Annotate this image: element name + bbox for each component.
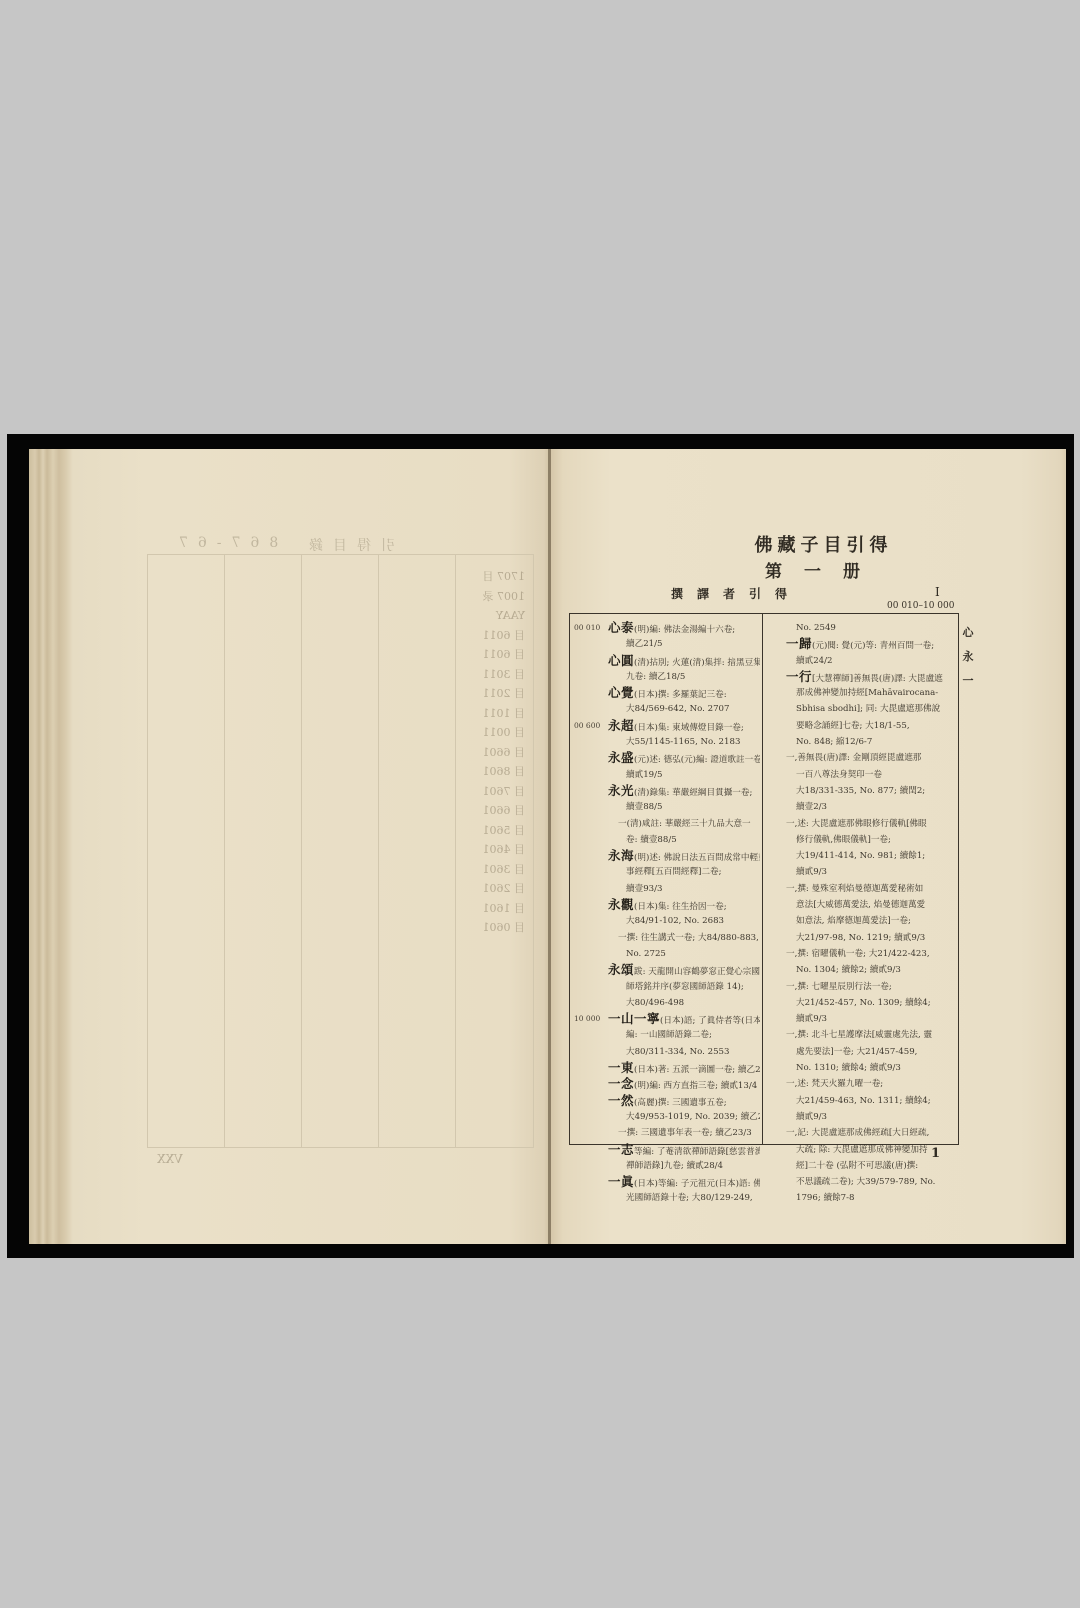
- ghost-list-item: 1007 录: [465, 587, 525, 607]
- entry-text: 一,撰: 北斗七星護摩法[威靈處先法, 靈: [786, 1030, 932, 1040]
- index-entry-line: 大84/569-642, No. 2707: [574, 701, 760, 717]
- index-entry-line: 那成佛神變加持經[Mahāvairocana-: [768, 685, 956, 701]
- entry-text: 處先要法]一卷; 大21/457-459,: [796, 1047, 917, 1057]
- side-thumb-index: 心 永 一: [956, 621, 980, 693]
- entry-text: 大21/97-98, No. 1219; 續貳9/3: [796, 933, 925, 943]
- index-entry-line: 00 600永超(日本)集: 東域傳燈目錄一卷;: [574, 718, 760, 734]
- index-entry-line: 一,撰: 北斗七星護摩法[威靈處先法, 靈: [768, 1027, 956, 1043]
- index-entry-line: 編: 一山國師語錄二卷;: [574, 1027, 760, 1043]
- entry-text: (日本)撰: 多羅葉記三卷:: [634, 690, 727, 700]
- entry-text: No. 1304; 續餘2; 續貳9/3: [796, 965, 901, 975]
- ghost-list-item: 目 5601: [465, 821, 525, 841]
- index-entry-line: 一,撰: 七曜星辰別行法一卷;: [768, 979, 956, 995]
- entry-text: 事經釋[五百問經釋]二卷;: [626, 867, 722, 877]
- index-entry-line: 續貳19/5: [574, 767, 760, 783]
- entry-headword: 一念: [608, 1076, 634, 1091]
- index-entry-line: No. 2725: [574, 946, 760, 962]
- entry-text: 續貳9/3: [796, 867, 827, 877]
- entry-text: 一,撰: 宿曜儀軌一卷; 大21/422-423,: [786, 949, 930, 959]
- entry-text: 修行儀軌,佛眼儀軌]一卷;: [796, 835, 891, 845]
- entry-text: 續壹2/3: [796, 802, 827, 812]
- entry-text: 大84/91-102, No. 2683: [626, 916, 724, 926]
- entry-headword: 永盛: [608, 750, 634, 765]
- entry-text: 不思議疏二卷); 大39/579-789, No.: [796, 1177, 935, 1187]
- entry-headword: 心泰: [608, 620, 634, 635]
- entry-text: Sbhisa sbodhi]; 同: 大毘盧遮那佛說: [796, 704, 940, 714]
- entry-text: 等編: 了菴清欲禪師語錄[慈雲普濟: [634, 1147, 760, 1157]
- index-entry-line: 00 010心泰(明)編: 佛法金湯編十六卷;: [574, 620, 760, 636]
- side-label-char: 一: [956, 669, 980, 693]
- index-entry-line: 一,撰: 宿曜儀軌一卷; 大21/422-423,: [768, 946, 956, 962]
- index-entry-line: No. 1310; 續餘4; 續貳9/3: [768, 1060, 956, 1076]
- ghost-list: 1707 目 1007 录 YAAY 目 6011 目 6011 目 3011 …: [465, 567, 525, 938]
- entry-code: 00 010: [574, 620, 600, 636]
- index-column-2: No. 2549一歸(元)閱: 覺(元)等: 青州百問一卷;續貳24/2一行[大…: [768, 620, 956, 1207]
- entry-text: 一百八尊法身契印一卷: [796, 770, 882, 780]
- index-entry-line: 一,記: 大毘盧遮那成佛經疏[大日經疏,: [768, 1125, 956, 1141]
- index-entry-line: 一行[大慧禪師]善無畏(唐)譯: 大毘盧遮: [768, 669, 956, 685]
- index-entry-line: 一志等編: 了菴清欲禪師語錄[慈雲普濟: [574, 1142, 760, 1158]
- right-page: 佛藏子目引得 第一册 撰譯者引得 I 00 010–10 000 00 010心…: [551, 449, 1066, 1244]
- index-entry-line: 一,述: 梵天火羅九曜一卷;: [768, 1076, 956, 1092]
- entry-headword: 永頌: [608, 962, 634, 977]
- index-entry-line: 一撰: 三國遺事年表一卷; 續乙23/3: [574, 1125, 760, 1141]
- index-entry-line: 續壹93/3: [574, 881, 760, 897]
- left-page: 867-67 引得目錄 1707 目 1007 录 YAAY 目 6011 目 …: [29, 449, 549, 1244]
- index-entry-line: 續乙21/5: [574, 636, 760, 652]
- entry-text: No. 848; 縮12/6-7: [796, 737, 872, 747]
- entry-text: 續乙21/5: [626, 639, 663, 649]
- entry-headword: 永光: [608, 783, 634, 798]
- entry-text: (日本)集: 東域傳燈目錄一卷;: [634, 723, 744, 733]
- index-entry-line: 續壹2/3: [768, 799, 956, 815]
- ghost-list-item: 目 6601: [465, 801, 525, 821]
- entry-text: 大84/569-642, No. 2707: [626, 704, 729, 714]
- index-entry-line: 卷: 續壹88/5: [574, 832, 760, 848]
- entry-text: 卷: 續壹88/5: [626, 835, 677, 845]
- index-entry-line: 意法[大威德萬愛法, 焰曼德迦萬愛: [768, 897, 956, 913]
- index-entry-line: Sbhisa sbodhi]; 同: 大毘盧遮那佛說: [768, 701, 956, 717]
- index-entry-line: 一百八尊法身契印一卷: [768, 767, 956, 783]
- entry-text: 一,述: 梵天火羅九曜一卷;: [786, 1079, 883, 1089]
- entry-text: (日本)著: 五派一滴圖一卷; 續乙20/4: [634, 1065, 760, 1075]
- entry-headword: 一眞: [608, 1174, 634, 1189]
- entry-text: 經]二十卷 (弘附不可思議(唐)撰:: [796, 1161, 918, 1171]
- ghost-list-item: 目 6011: [465, 645, 525, 665]
- index-entry-line: 永光(清)錄集: 華嚴經綱目貫攝一卷;: [574, 783, 760, 799]
- index-entry-line: 一,述: 大毘盧遮那佛眼修行儀軌[佛眼: [768, 816, 956, 832]
- entry-text: No. 1310; 續餘4; 續貳9/3: [796, 1063, 901, 1073]
- ghost-list-item: 目 2601: [465, 879, 525, 899]
- side-label-char: 心: [956, 621, 980, 645]
- ghost-list-item: 目 6011: [465, 626, 525, 646]
- entry-text: (日本)等編: 子元祖元(日本)語: 佛: [634, 1179, 760, 1189]
- entry-text: 九卷: 續乙18/5: [626, 672, 685, 682]
- ghost-list-item: 1707 目: [465, 567, 525, 587]
- index-entry-line: 10 000一山一寧(日本)語; 了眞侍者等(日本): [574, 1011, 760, 1027]
- entry-text: 續壹88/5: [626, 802, 663, 812]
- index-entry-line: 永頌跋: 天龍開山容鶴夢窓正覺心宗國: [574, 962, 760, 978]
- entry-headword: 一山一寧: [608, 1011, 660, 1026]
- ghost-header-center: 引得目錄: [299, 535, 395, 555]
- ghost-column-divider: [455, 555, 456, 1147]
- ghost-list-item: 目 8601: [465, 762, 525, 782]
- entry-text: 跋: 天龍開山容鶴夢窓正覺心宗國: [634, 967, 760, 977]
- index-entry-line: No. 1304; 續餘2; 續貳9/3: [768, 962, 956, 978]
- index-entry-line: 一眞(日本)等編: 子元祖元(日本)語: 佛: [574, 1174, 760, 1190]
- entry-headword: 一然: [608, 1093, 634, 1108]
- index-entry-line: 大80/496-498: [574, 995, 760, 1011]
- volume-label: 第一册: [551, 557, 1066, 582]
- entry-text: [大慧禪師]善無畏(唐)譯: 大毘盧遮: [812, 674, 943, 684]
- entry-text: 如意法, 焰摩德迦萬愛法]一卷;: [796, 916, 911, 926]
- index-entry-line: 續貳9/3: [768, 864, 956, 880]
- index-entry-line: 一念(明)編: 西方直指三卷; 續貳13/4: [574, 1076, 760, 1092]
- index-entry-line: 事經釋[五百問經釋]二卷;: [574, 864, 760, 880]
- entry-text: (元)閱: 覺(元)等: 青州百問一卷;: [812, 641, 934, 651]
- entry-text: 一,述: 大毘盧遮那佛眼修行儀軌[佛眼: [786, 819, 927, 829]
- entry-text: (日本)集: 往生拾因一卷;: [634, 902, 727, 912]
- index-entry-line: 大18/331-335, No. 877; 續閏2;: [768, 783, 956, 799]
- entry-headword: 永觀: [608, 897, 634, 912]
- index-entry-line: 一然(高麗)撰: 三國遺事五卷;: [574, 1093, 760, 1109]
- entry-text: 大19/411-414, No. 981; 續餘1;: [796, 851, 925, 861]
- index-entry-line: No. 2549: [768, 620, 956, 636]
- scan-frame: 867-67 引得目錄 1707 目 1007 录 YAAY 目 6011 目 …: [7, 434, 1074, 1258]
- ghost-list-item: 目 1011: [465, 704, 525, 724]
- index-entry-line: 心圓(清)拈別; 火蓮(清)集拌: 揞黑豆集: [574, 653, 760, 669]
- index-entry-line: 大55/1145-1165, No. 2183: [574, 734, 760, 750]
- entry-code: 00 600: [574, 718, 600, 734]
- index-entry-line: 續貳9/3: [768, 1109, 956, 1125]
- index-table: 00 010心泰(明)編: 佛法金湯編十六卷;續乙21/5心圓(清)拈別; 火蓮…: [569, 613, 959, 1145]
- entry-text: No. 2725: [626, 949, 666, 959]
- index-entry-line: 永海(明)述: 佛說日法五百問成常中輕重: [574, 848, 760, 864]
- ghost-list-item: 目 6601: [465, 743, 525, 763]
- ghost-list-item: 目 4601: [465, 840, 525, 860]
- index-entry-line: 九卷: 續乙18/5: [574, 669, 760, 685]
- entry-text: 那成佛神變加持經[Mahāvairocana-: [796, 688, 938, 698]
- entry-text: (明)述: 佛說日法五百問成常中輕重: [634, 853, 760, 863]
- ghost-list-item: YAAY: [465, 606, 525, 626]
- entry-text: (清)錄集: 華嚴經綱目貫攝一卷;: [634, 788, 752, 798]
- ghost-list-item: 目 0011: [465, 723, 525, 743]
- entry-text: 一撰: 往生講式一卷; 大84/880-883,: [618, 933, 759, 943]
- index-entry-line: 禪師語錄]九卷; 續貳28/4: [574, 1158, 760, 1174]
- entry-text: 大疏; 除: 大毘盧遮那成佛神變加持: [796, 1145, 928, 1155]
- entry-text: 續貳9/3: [796, 1112, 827, 1122]
- ghost-footer: VXX: [157, 1152, 183, 1166]
- ghost-list-item: 目 3601: [465, 860, 525, 880]
- entry-text: 一撰: 三國遺事年表一卷; 續乙23/3: [618, 1128, 752, 1138]
- entry-text: 師塔銘并序(夢窓國師語錄 14);: [626, 982, 744, 992]
- index-entry-line: 一東(日本)著: 五派一滴圖一卷; 續乙20/4: [574, 1060, 760, 1076]
- entry-text: 要略念誦經]七卷; 大18/1-55,: [796, 721, 910, 731]
- index-entry-line: 大80/311-334, No. 2553: [574, 1044, 760, 1060]
- index-entry-line: 永觀(日本)集: 往生拾因一卷;: [574, 897, 760, 913]
- entry-text: 大49/953-1019, No. 2039; 續乙23/3: [626, 1112, 760, 1122]
- entry-text: (明)編: 西方直指三卷; 續貳13/4: [634, 1081, 757, 1091]
- index-entry-line: 永盛(元)述: 德弘(元)編: 證道歌註一卷;: [574, 750, 760, 766]
- index-entry-line: 大19/411-414, No. 981; 續餘1;: [768, 848, 956, 864]
- entry-headword: 一志: [608, 1142, 634, 1157]
- index-entry-line: 一撰: 往生講式一卷; 大84/880-883,: [574, 930, 760, 946]
- entry-text: 續貳19/5: [626, 770, 663, 780]
- entry-headword: 永海: [608, 848, 634, 863]
- index-entry-line: 續壹88/5: [574, 799, 760, 815]
- entry-text: 意法[大威德萬愛法, 焰曼德迦萬愛: [796, 900, 925, 910]
- ghost-list-item: 目 7601: [465, 782, 525, 802]
- index-entry-line: 要略念誦經]七卷; 大18/1-55,: [768, 718, 956, 734]
- index-entry-line: 不思議疏二卷); 大39/579-789, No.: [768, 1174, 956, 1190]
- index-entry-line: 大疏; 除: 大毘盧遮那成佛神變加持: [768, 1142, 956, 1158]
- index-entry-line: 光國師語錄十卷; 大80/129-249,: [574, 1190, 760, 1206]
- index-entry-line: 大84/91-102, No. 2683: [574, 913, 760, 929]
- entry-text: (高麗)撰: 三國遺事五卷;: [634, 1098, 727, 1108]
- entry-text: 大21/452-457, No. 1309; 續餘4;: [796, 998, 931, 1008]
- index-entry-line: 一(清)咸註: 華嚴經三十九品大意一: [574, 816, 760, 832]
- entry-text: 一,撰: 曼殊室利焰曼德迦萬愛秘術如: [786, 884, 923, 894]
- ghost-header-left: 867-67: [169, 535, 278, 551]
- ghost-list-item: 目 0601: [465, 918, 525, 938]
- index-column-1: 00 010心泰(明)編: 佛法金湯編十六卷;續乙21/5心圓(清)拈別; 火蓮…: [574, 620, 760, 1207]
- entry-text: 續壹93/3: [626, 884, 663, 894]
- entry-text: (元)述: 德弘(元)編: 證道歌註一卷;: [634, 755, 760, 765]
- ghost-column-divider: [301, 555, 302, 1147]
- entry-text: 一,記: 大毘盧遮那成佛經疏[大日經疏,: [786, 1128, 929, 1138]
- entry-headword: 一行: [786, 669, 812, 684]
- entry-range: 00 010–10 000: [887, 601, 954, 611]
- ghost-column-divider: [378, 555, 379, 1147]
- index-entry-line: 一歸(元)閱: 覺(元)等: 青州百問一卷;: [768, 636, 956, 652]
- index-entry-line: 經]二十卷 (弘附不可思議(唐)撰:: [768, 1158, 956, 1174]
- index-entry-line: 一,撰: 曼殊室利焰曼德迦萬愛秘術如: [768, 881, 956, 897]
- entry-text: 光國師語錄十卷; 大80/129-249,: [626, 1193, 753, 1203]
- entry-text: No. 2549: [796, 623, 836, 633]
- entry-text: 大80/496-498: [626, 998, 684, 1008]
- side-label-char: 永: [956, 645, 980, 669]
- book-title: 佛藏子目引得: [551, 531, 1066, 557]
- entry-headword: 心圓: [608, 653, 634, 668]
- ghost-table: 1707 目 1007 录 YAAY 目 6011 目 6011 目 3011 …: [147, 554, 534, 1148]
- index-entry-line: 大49/953-1019, No. 2039; 續乙23/3: [574, 1109, 760, 1125]
- entry-text: (明)編: 佛法金湯編十六卷;: [634, 625, 735, 635]
- entry-text: 大55/1145-1165, No. 2183: [626, 737, 740, 747]
- entry-text: 1796; 續餘7-8: [796, 1193, 855, 1203]
- index-entry-line: 大21/459-463, No. 1311; 續餘4;: [768, 1093, 956, 1109]
- index-entry-line: No. 848; 縮12/6-7: [768, 734, 956, 750]
- entry-headword: 一東: [608, 1060, 634, 1075]
- index-entry-line: 大21/452-457, No. 1309; 續餘4;: [768, 995, 956, 1011]
- section-title: 撰譯者引得: [671, 585, 801, 602]
- index-entry-line: 如意法, 焰摩德迦萬愛法]一卷;: [768, 913, 956, 929]
- section-number: I: [935, 585, 940, 599]
- entry-headword: 永超: [608, 718, 634, 733]
- ghost-column-divider: [224, 555, 225, 1147]
- entry-text: 一(清)咸註: 華嚴經三十九品大意一: [618, 819, 751, 829]
- index-entry-line: 續貳24/2: [768, 653, 956, 669]
- entry-text: (清)拈別; 火蓮(清)集拌: 揞黑豆集: [634, 658, 760, 668]
- page-number: 1: [931, 1146, 940, 1161]
- ghost-list-item: 目 2011: [465, 684, 525, 704]
- entry-text: 大80/311-334, No. 2553: [626, 1047, 729, 1057]
- index-entry-line: 續貳9/3: [768, 1011, 956, 1027]
- entry-text: 一,撰: 七曜星辰別行法一卷;: [786, 982, 892, 992]
- entry-text: 續貳9/3: [796, 1014, 827, 1024]
- entry-text: 編: 一山國師語錄二卷;: [626, 1030, 712, 1040]
- index-entry-line: 處先要法]一卷; 大21/457-459,: [768, 1044, 956, 1060]
- entry-headword: 一歸: [786, 636, 812, 651]
- index-entry-line: 心覺(日本)撰: 多羅葉記三卷:: [574, 685, 760, 701]
- index-entry-line: 大21/97-98, No. 1219; 續貳9/3: [768, 930, 956, 946]
- ghost-list-item: 目 3011: [465, 665, 525, 685]
- entry-headword: 心覺: [608, 685, 634, 700]
- entry-text: 一,善無畏(唐)譯: 金剛頂經毘盧遮那: [786, 753, 921, 763]
- column-divider: [762, 614, 763, 1144]
- entry-text: 續貳24/2: [796, 656, 833, 666]
- entry-code: 10 000: [574, 1011, 600, 1027]
- entry-text: (日本)語; 了眞侍者等(日本): [660, 1016, 760, 1026]
- ghost-list-item: 目 1601: [465, 899, 525, 919]
- entry-text: 大18/331-335, No. 877; 續閏2;: [796, 786, 925, 796]
- index-entry-line: 修行儀軌,佛眼儀軌]一卷;: [768, 832, 956, 848]
- index-entry-line: 師塔銘并序(夢窓國師語錄 14);: [574, 979, 760, 995]
- index-entry-line: 一,善無畏(唐)譯: 金剛頂經毘盧遮那: [768, 750, 956, 766]
- entry-text: 禪師語錄]九卷; 續貳28/4: [626, 1161, 723, 1171]
- index-entry-line: 1796; 續餘7-8: [768, 1190, 956, 1206]
- entry-text: 大21/459-463, No. 1311; 續餘4;: [796, 1096, 931, 1106]
